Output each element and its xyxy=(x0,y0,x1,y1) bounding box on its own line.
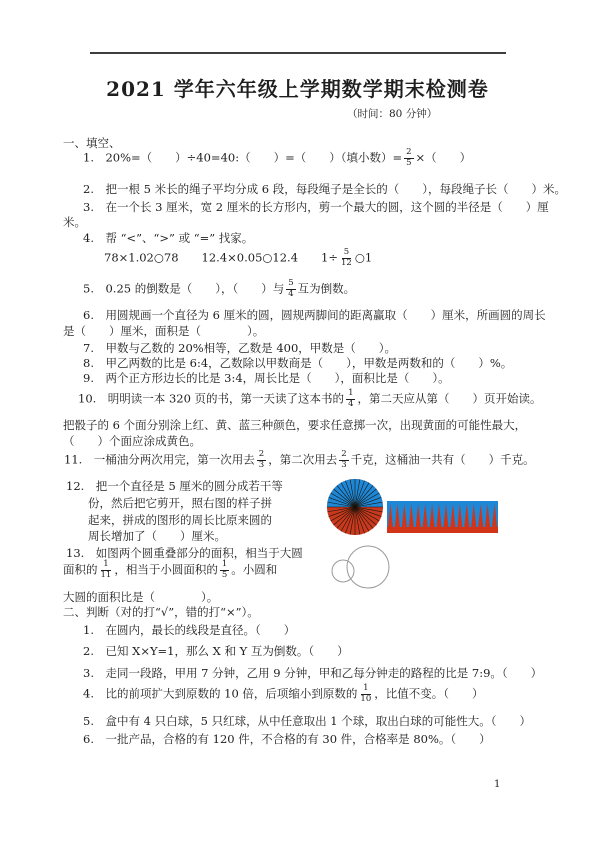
fill-q3-line1: 3. 在一个长 3 厘米，宽 2 厘米的长方形内，剪一个最大的圆，这个圆的半径是… xyxy=(83,199,549,215)
fill-q12-line1: 12. 把一个直径是 5 厘米的圆分成若干等 xyxy=(66,478,283,494)
judge-q5: 5. 盒中有 4 只白球，5 只红球，从中任意取出 1 个球，取出白球的可能性大… xyxy=(83,713,531,729)
fraction: 23 xyxy=(339,450,348,471)
fill-q11: 11. 一桶油分两次用完，第一次用去23，第二次用去23千克，这桶油一共有（ ）… xyxy=(64,450,535,471)
fill-q3-line2: 米。 xyxy=(63,214,86,230)
page-title: 2021 学年六年级上学期数学期末检测卷 xyxy=(0,73,595,102)
fill-dice-line1: 把骰子的 6 个面分别涂上红、黄、蓝三种颜色，要求任意掷一次，出现黄面的可能性最… xyxy=(63,417,526,433)
fill-q12-line4: 周长增加了（ ）厘米。 xyxy=(88,528,226,544)
fill-q9: 9. 两个正方形边长的比是 3:4，周长比是（ ），面积比是（ ）。 xyxy=(83,370,450,386)
judge-q3: 3. 走同一段路，甲用 7 分钟，乙用 9 分钟，甲和乙每分钟走的路程的比是 7… xyxy=(83,665,542,681)
fraction: 110 xyxy=(359,684,372,705)
time-note: （时间：80 分钟） xyxy=(347,106,437,121)
fraction: 25 xyxy=(404,148,413,169)
fill-q7: 7. 甲数与乙数的 20%相等，乙数是 400，甲数是（ ）。 xyxy=(83,340,396,356)
fill-q12-line3: 起来，拼成的图形的周长比原来圆的 xyxy=(88,512,272,528)
fill-q6-line2: 是（ ）厘米，面积是（ ）。 xyxy=(63,323,264,339)
fraction: 111 xyxy=(100,560,113,581)
fraction: 23 xyxy=(257,450,266,471)
fill-q2: 2. 把一根 5 米长的绳子平均分成 6 段，每段绳子是全长的（ ），每段绳子长… xyxy=(83,181,566,197)
fill-q12-line2: 份，然后把它剪开，照右图的样子拼 xyxy=(88,495,272,511)
judge-q4: 4. 比的前项扩大到原数的 10 倍，后项缩小到原数的110，比值不变。（ ） xyxy=(83,684,484,705)
fraction: 54 xyxy=(286,279,295,300)
top-rule xyxy=(90,52,506,54)
sector-circle-figure xyxy=(326,478,384,536)
fill-q13-line1: 13. 如图两个圆重叠部分的面积，相当于大圆 xyxy=(66,545,303,561)
fill-q4: 4. 帮 “<”、“>” 或 “=” 找家。 xyxy=(83,230,253,246)
fill-q13-line3: 大圆的面积比是（ ）。 xyxy=(63,589,218,605)
fill-q6-line1: 6. 用圆规画一个直径为 6 厘米的圆，圆规两脚间的距离赢取（ ）厘米，所画圆的… xyxy=(83,307,546,323)
fraction: 15 xyxy=(220,560,229,581)
overlapping-circles-figure xyxy=(330,543,392,593)
fill-dice-line2: （ ）个面应涂成黄色。 xyxy=(63,433,201,449)
fill-q5: 5. 0.25 的倒数是（ ），（ ）与54互为倒数。 xyxy=(83,279,355,300)
fill-q1: 1. 20%=（ ）÷40=40:（ ）=（ ）（填小数）=25×（ ） xyxy=(83,148,471,169)
fill-q8: 8. 甲乙两数的比是 6:4，乙数除以甲数商是（ ），甲数是两数和的（ ）%。 xyxy=(83,355,512,371)
rearranged-strip-figure xyxy=(387,501,498,533)
fraction: 512 xyxy=(340,248,353,269)
fill-q13-line2: 面积的111，相当于小圆面积的15。小圆和 xyxy=(63,560,277,581)
judge-q2: 2. 已知 X×Y=1，那么 X 和 Y 互为倒数。（ ） xyxy=(83,643,349,659)
fraction: 14 xyxy=(346,389,355,410)
fill-q4-expressions: 78×1.02○78 12.4×0.05○12.4 1÷512○1 xyxy=(104,248,372,269)
small-circle xyxy=(332,560,354,582)
fill-q10: 10. 明明读一本 320 页的书，第一天读了这本书的14，第二天应从第（ ）页… xyxy=(78,389,541,410)
section2-heading: 二、判断（对的打“√”，错的打“×”）。 xyxy=(63,604,259,620)
judge-q6: 6. 一批产品，合格的有 120 件，不合格的有 30 件，合格率是 80%。（… xyxy=(83,731,491,747)
exam-page: 2021 学年六年级上学期数学期末检测卷 （时间：80 分钟） 一、填空、 1.… xyxy=(0,0,595,842)
judge-q1: 1. 在圆内，最长的线段是直径。（ ） xyxy=(83,622,295,638)
page-number: 1 xyxy=(494,779,500,790)
